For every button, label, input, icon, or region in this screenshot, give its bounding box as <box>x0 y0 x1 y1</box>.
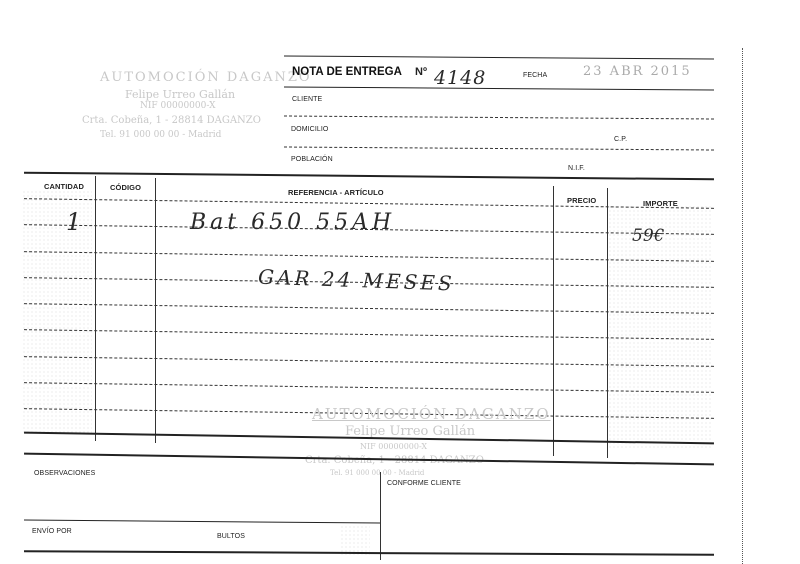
issuer-owner: Felipe Urreo Gallán <box>125 88 235 101</box>
delivery-number: 4148 <box>434 67 486 89</box>
issuer-address: Crta. Cobeña, 1 - 28814 DAGANZO <box>82 115 261 126</box>
date-label: FECHA <box>523 72 547 79</box>
col-header-cantidad: CANTIDAD <box>44 182 84 191</box>
scan-noise-bultos <box>340 525 370 555</box>
header-top-rule <box>284 55 714 59</box>
footer-divider <box>380 472 381 560</box>
col-divider-4 <box>607 188 608 458</box>
col-divider-1 <box>95 176 96 441</box>
conforme-cliente-label: CONFORME CLIENTE <box>387 480 461 487</box>
page-edge <box>742 48 743 564</box>
number-label: Nº <box>415 66 427 78</box>
row-1-cantidad: 1 <box>66 208 83 236</box>
domicilio-rule <box>284 146 714 150</box>
row-1-importe: 59€ <box>632 226 664 246</box>
issuer-nif: NIF 00000000-X <box>140 101 215 111</box>
col-header-codigo: CÓDIGO <box>110 183 141 192</box>
cliente-rule <box>284 115 714 119</box>
header-rule-2 <box>284 86 714 90</box>
envio-top-rule <box>24 519 380 523</box>
envio-por-label: ENVÍO POR <box>32 528 72 535</box>
col-divider-2 <box>155 178 156 443</box>
table-top-rule <box>24 172 714 181</box>
row-rule-1 <box>24 198 714 209</box>
domicilio-label: DOMICILIO <box>291 126 328 133</box>
poblacion-label: POBLACIÓN <box>291 156 333 163</box>
cliente-label: CLIENTE <box>292 96 322 103</box>
col-header-referencia: REFERENCIA - ARTÍCULO <box>288 188 384 197</box>
row-1-referencia: Bat 650 55AH <box>190 210 395 235</box>
issuer-phone: Tel. 91 000 00 00 - Madrid <box>100 130 221 140</box>
document-title: NOTA DE ENTREGA <box>292 66 402 78</box>
cp-label: C.P. <box>614 136 627 143</box>
col-header-precio: PRECIO <box>567 196 596 205</box>
date-stamp: 23 ABR 2015 <box>583 64 692 79</box>
issuer-name: AUTOMOCIÓN DAGANZO <box>100 70 312 85</box>
row-2-referencia: GAR 24 MESES <box>258 265 455 296</box>
observaciones-label: OBSERVACIONES <box>34 470 95 477</box>
bultos-label: BULTOS <box>217 533 245 540</box>
nif-label: N.I.F. <box>568 165 585 172</box>
